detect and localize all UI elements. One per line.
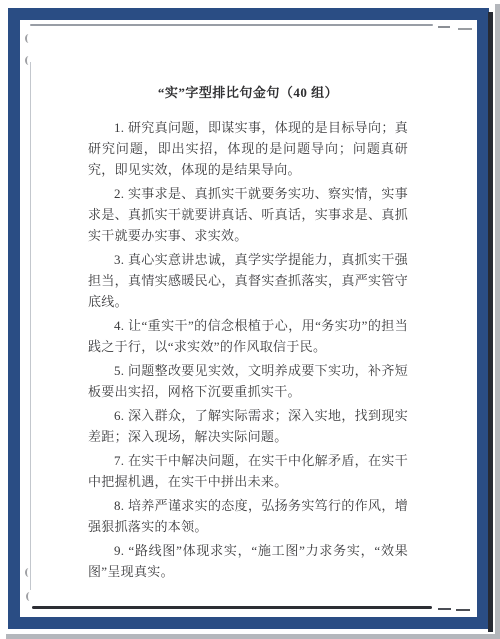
scan-artifact-top-line — [30, 24, 433, 26]
binder-mark — [25, 34, 32, 43]
scan-edge-right — [495, 4, 500, 639]
document-content: “实”字型排比句金句（40 组） 1. 研究真问题，即谋实事，体现的是目标导向；… — [88, 82, 408, 585]
document-title: “实”字型排比句金句（40 组） — [88, 82, 408, 101]
binder-mark — [25, 568, 32, 577]
document-photo: “实”字型排比句金句（40 组） 1. 研究真问题，即谋实事，体现的是目标导向；… — [0, 0, 500, 639]
paragraph-8: 8. 培养严谨求实的态度，弘扬务实笃行的作风，增强狠抓落实的本领。 — [88, 495, 408, 537]
scan-artifact-left-line — [30, 62, 31, 590]
scan-artifact-top-dash — [458, 28, 472, 30]
paragraph-1: 1. 研究真问题，即谋实事，体现的是目标导向；真研究问题，即出实招，体现的是问题… — [88, 117, 408, 180]
scan-artifact-top-dash — [438, 26, 450, 28]
document-page: “实”字型排比句金句（40 组） 1. 研究真问题，即谋实事，体现的是目标导向；… — [20, 20, 477, 617]
scan-artifact-bottom-line — [32, 606, 432, 609]
scan-artifact-bottom-dash — [438, 608, 451, 610]
paragraph-3: 3. 真心实意讲忠诚，真学实学提能力，真抓实干强担当，真情实感暖民心，真督实查抓… — [88, 249, 408, 312]
paragraph-2: 2. 实事求是、真抓实干就要务实功、察实情，实事求是、真抓实干就要讲真话、听真话… — [88, 183, 408, 246]
binder-mark — [26, 592, 33, 601]
paragraph-9: 9. “路线图”体现求实，“施工图”力求务实，“效果图”呈现真实。 — [88, 540, 408, 582]
binder-mark — [25, 56, 32, 65]
paragraph-7: 7. 在实干中解决问题，在实干中化解矛盾，在实干中把握机遇，在实干中拼出未来。 — [88, 450, 408, 492]
paragraph-5: 5. 问题整改要见实效，文明养成要下实功，补齐短板要出实招，网格下沉要重抓实干。 — [88, 360, 408, 402]
paragraph-4: 4. 让“重实干”的信念根植于心，用“务实功”的担当践之于行，以“求实效”的作风… — [88, 315, 408, 357]
frame-shadow-right — [488, 12, 493, 632]
paragraph-6: 6. 深入群众，了解实际需求；深入实地，找到现实差距；深入现场，解决实际问题。 — [88, 405, 408, 447]
scan-edge-bottom — [6, 634, 500, 639]
scan-artifact-bottom-dash — [456, 609, 470, 611]
